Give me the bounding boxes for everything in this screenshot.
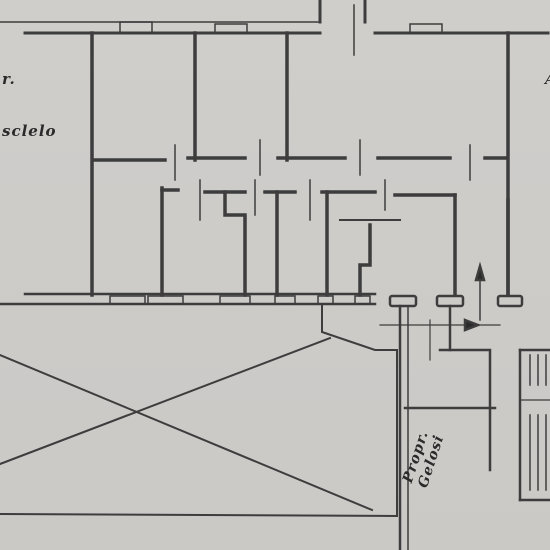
top-wall	[0, 0, 548, 55]
bottom-wall	[0, 294, 522, 306]
room-label-right-top: A	[545, 70, 550, 88]
room-label-left-mid: sclelo	[2, 122, 57, 140]
room-label-left-top: r.	[2, 70, 16, 88]
floor-plan: r. sclelo A Propr. Gelosi	[0, 0, 550, 550]
floor-plan-drawing	[0, 0, 550, 550]
courtyard	[0, 305, 397, 516]
entrance	[380, 266, 550, 550]
partitions	[92, 33, 508, 295]
